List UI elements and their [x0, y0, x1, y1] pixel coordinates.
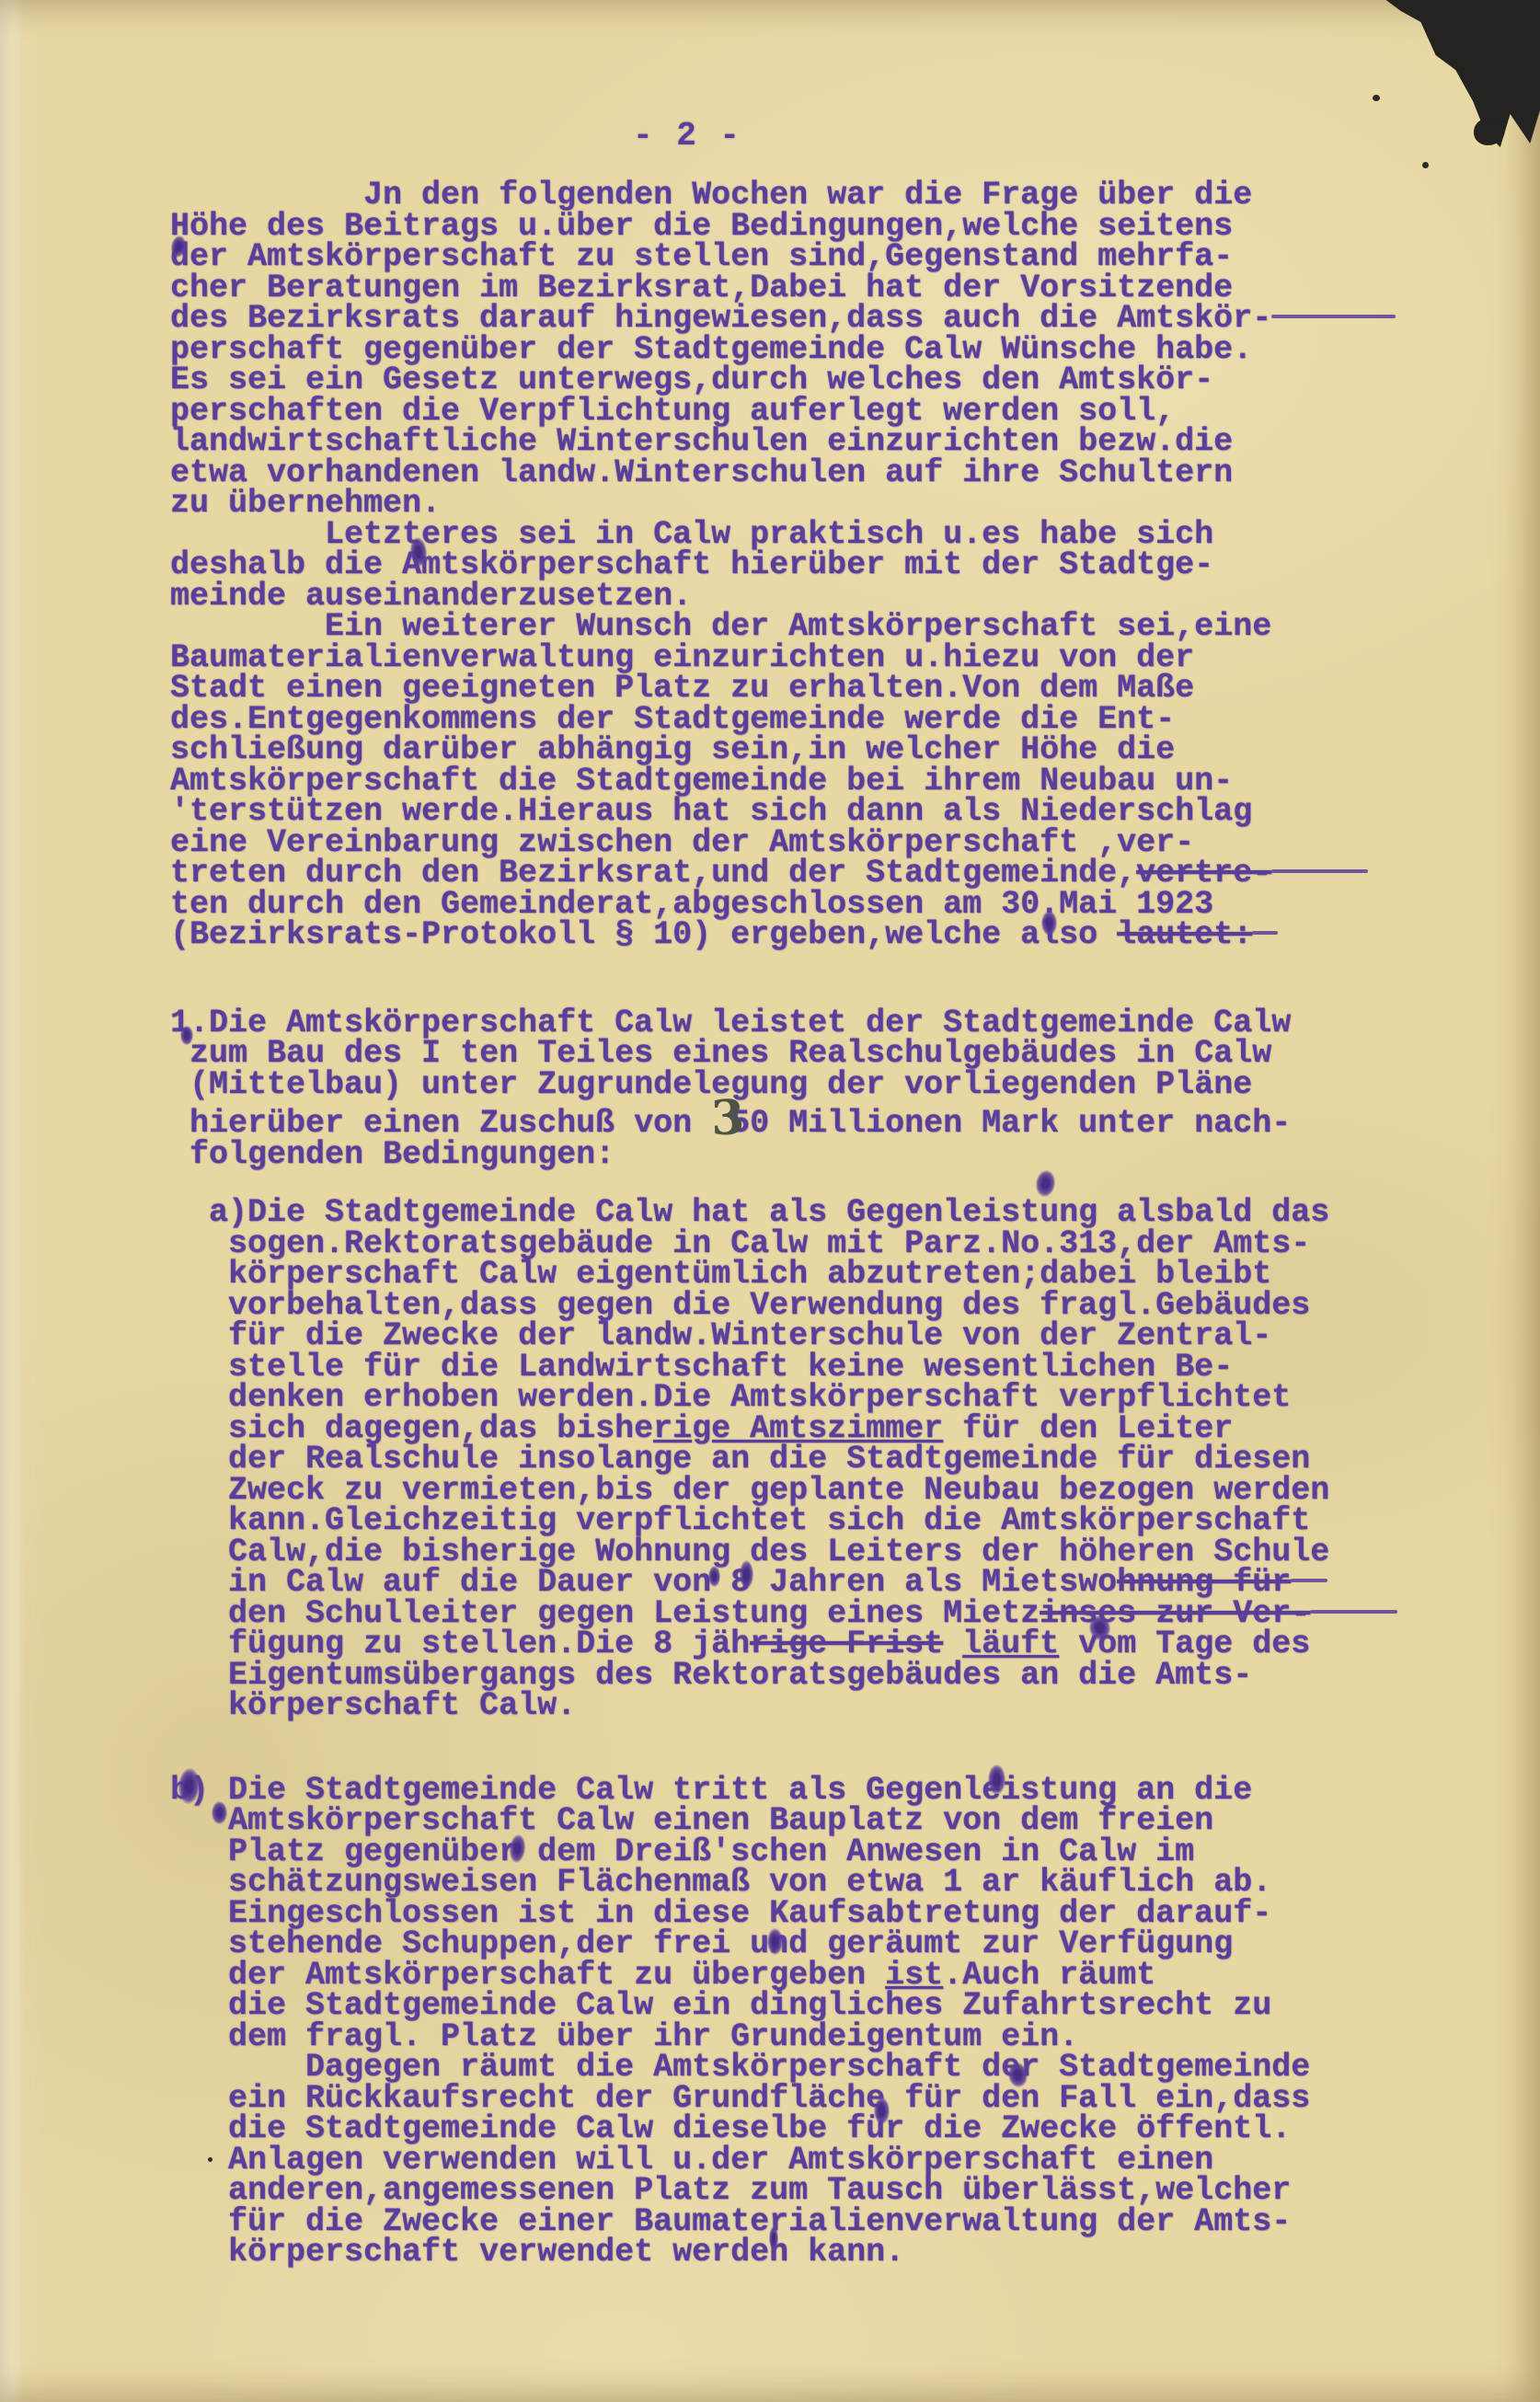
- text-line: Stadt einen geeigneten Platz zu erhalten…: [170, 673, 1397, 705]
- text-line: Zweck zu vermieten,bis der geplante Neub…: [170, 1476, 1397, 1507]
- text-line: eine Vereinbarung zwischen der Amtskörpe…: [170, 828, 1397, 859]
- text-line: des.Entgegenkommens der Stadtgemeinde we…: [170, 705, 1397, 736]
- text-line: Es sei ein Gesetz unterwegs,durch welche…: [170, 365, 1397, 397]
- handwritten-digit: 3: [711, 1103, 731, 1134]
- text-line: Ein weiterer Wunsch der Amtskörperschaft…: [170, 612, 1397, 643]
- text-line: körperschaft verwendet werden kann.: [170, 2237, 1397, 2269]
- text-line: den Schulleiter gegen Leistung eines Mie…: [170, 1599, 1397, 1630]
- strike-extension-line: [1271, 315, 1396, 318]
- ink-blot: [740, 1560, 753, 1589]
- text-line: dem fragl. Platz über ihr Grundeigentum …: [170, 2022, 1397, 2053]
- text-line: (Mittelbau) unter Zugrundelegung der vor…: [170, 1070, 1397, 1101]
- paper-speck: [208, 2157, 213, 2162]
- ink-blot: [1041, 911, 1057, 936]
- text-line: denken erhoben werden.Die Amtskörperscha…: [170, 1383, 1397, 1414]
- text-line: Jn den folgenden Wochen war die Frage üb…: [170, 180, 1397, 212]
- ink-blot: [708, 1566, 720, 1587]
- typed-text: körperschaft verwendet werden kann.: [228, 2234, 904, 2270]
- text-line: ein Rückkaufsrecht der Grundfläche für d…: [170, 2084, 1397, 2115]
- text-line: Höhe des Beitrags u.über die Bedingungen…: [170, 212, 1397, 243]
- text-line: des Bezirksrats darauf hingewiesen,dass …: [170, 304, 1397, 335]
- typed-text: körperschaft Calw.: [228, 1687, 576, 1724]
- text-line: kann.Gleichzeitig verpflichtet sich die …: [170, 1506, 1397, 1537]
- ink-blot: [212, 1801, 227, 1824]
- strike-extension-line: [1271, 869, 1368, 873]
- torn-paper-corner: [1292, 0, 1540, 184]
- text-line: hierüber einen Zuschuß von 350 Millionen…: [170, 1100, 1397, 1140]
- typed-text: (Bezirksrats-Protokoll § 10) ergeben,wel…: [170, 916, 1117, 953]
- text-line: Eingeschlossen ist in diese Kaufsabtretu…: [170, 1899, 1397, 1930]
- text-line: die Stadtgemeinde Calw ein dingliches Zu…: [170, 1991, 1397, 2022]
- ink-blot: [180, 1026, 193, 1045]
- typed-text: 50 Millionen Mark unter nach-: [730, 1105, 1291, 1142]
- paragraph-gap: [170, 951, 1397, 1008]
- text-line: sogen.Rektoratsgebäude in Calw mit Parz.…: [170, 1229, 1397, 1260]
- paper-speck: [1422, 162, 1429, 168]
- page-number: - 2 -: [633, 120, 741, 153]
- text-line: deshalb die Amtskörperschaft hierüber mi…: [170, 550, 1397, 581]
- text-line: 1.Die Amtskörperschaft Calw leistet der …: [170, 1008, 1397, 1040]
- text-line: sich dagegen,das bisherige Amtszimmer fü…: [170, 1414, 1397, 1445]
- text-line: schätzungsweisen Flächenmaß von etwa 1 a…: [170, 1868, 1397, 1899]
- text-line: zum Bau des I ten Teiles eines Realschul…: [170, 1039, 1397, 1070]
- ink-blot: [988, 1764, 1006, 1795]
- text-line: zu übernehmen.: [170, 488, 1397, 520]
- strike-extension-line: [1310, 1610, 1397, 1614]
- text-line: schließung darüber abhängig sein,in welc…: [170, 735, 1397, 766]
- text-line: Letzteres sei in Calw praktisch u.es hab…: [170, 520, 1397, 551]
- text-line: folgenden Bedingungen:: [170, 1140, 1397, 1171]
- text-line: der Realschule insolange an die Stadtgem…: [170, 1444, 1397, 1476]
- text-line: körperschaft Calw eigentümlich abzutrete…: [170, 1259, 1397, 1291]
- text-line: ten durch den Gemeinderat,abgeschlossen …: [170, 890, 1397, 921]
- text-line: Calw,die bisherige Wohnung des Leiters d…: [170, 1537, 1397, 1569]
- text-line: stehende Schuppen,der frei und geräumt z…: [170, 1929, 1397, 1960]
- paragraph-gap: [170, 1722, 1397, 1776]
- text-line: perschaft gegenüber der Stadtgemeinde Ca…: [170, 335, 1397, 366]
- paper-left-edge: [0, 0, 24, 2402]
- text-line: b) Die Stadtgemeinde Calw tritt als Gege…: [170, 1776, 1397, 1807]
- text-line: cher Beratungen im Bezirksrat,Dabei hat …: [170, 273, 1397, 305]
- text-line: landwirtschaftliche Winterschulen einzur…: [170, 427, 1397, 458]
- text-line: die Stadtgemeinde Calw dieselbe für die …: [170, 2114, 1397, 2145]
- text-line: meinde auseinanderzusetzen.: [170, 581, 1397, 613]
- text-line: in Calw auf die Dauer von 8 Jahren als M…: [170, 1568, 1397, 1599]
- strike-extension-line: [1252, 931, 1278, 935]
- text-line: anderen,angemessenen Platz zum Tausch üb…: [170, 2176, 1397, 2207]
- ink-blot: [769, 2226, 778, 2250]
- text-line: Baumaterialienverwaltung einzurichten u.…: [170, 643, 1397, 674]
- text-line: 'terstützen werde.Hieraus hat sich dann …: [170, 797, 1397, 828]
- strike-extension-line: [1291, 1579, 1327, 1582]
- text-line: Amtskörperschaft die Stadtgemeinde bei i…: [170, 766, 1397, 798]
- text-line: (Bezirksrats-Protokoll § 10) ergeben,wel…: [170, 920, 1397, 951]
- text-line: Amtskörperschaft Calw einen Bauplatz von…: [170, 1806, 1397, 1837]
- text-line: a)Die Stadtgemeinde Calw hat als Gegenle…: [170, 1198, 1397, 1229]
- text-line: Anlagen verwenden will u.der Amtskörpers…: [170, 2145, 1397, 2177]
- text-line: für die Zwecke einer Baumaterialienverwa…: [170, 2207, 1397, 2238]
- typed-text: folgenden Bedingungen:: [190, 1136, 615, 1173]
- text-line: Eigentumsübergangs des Rektoratsgebäudes…: [170, 1661, 1397, 1692]
- ink-blot: [767, 1928, 783, 1955]
- text-line: vorbehalten,dass gegen die Verwendung de…: [170, 1291, 1397, 1322]
- text-line: etwa vorhandenen landw.Winterschulen auf…: [170, 458, 1397, 489]
- text-line: Dagegen räumt die Amtskörperschaft der S…: [170, 2052, 1397, 2084]
- document-text: Jn den folgenden Wochen war die Frage üb…: [170, 180, 1397, 2269]
- text-line: perschaften die Verpflichtung auferlegt …: [170, 397, 1397, 428]
- text-line: stelle für die Landwirtschaft keine wese…: [170, 1352, 1397, 1384]
- paper-speck: [1373, 95, 1380, 101]
- ink-blot: [874, 2097, 890, 2124]
- struck-text: lautet:: [1117, 916, 1252, 953]
- text-line: der Amtskörperschaft zu übergeben ist.Au…: [170, 1960, 1397, 1992]
- text-line: der Amtskörperschaft zu stellen sind,Geg…: [170, 242, 1397, 273]
- text-line: treten durch den Bezirksrat,und der Stad…: [170, 858, 1397, 890]
- text-line: für die Zwecke der landw.Winterschule vo…: [170, 1321, 1397, 1352]
- text-line: körperschaft Calw.: [170, 1691, 1397, 1722]
- text-line: fügung zu stellen.Die 8 jährige Frist lä…: [170, 1629, 1397, 1661]
- text-line: Platz gegenüber dem Dreiß'schen Anwesen …: [170, 1837, 1397, 1868]
